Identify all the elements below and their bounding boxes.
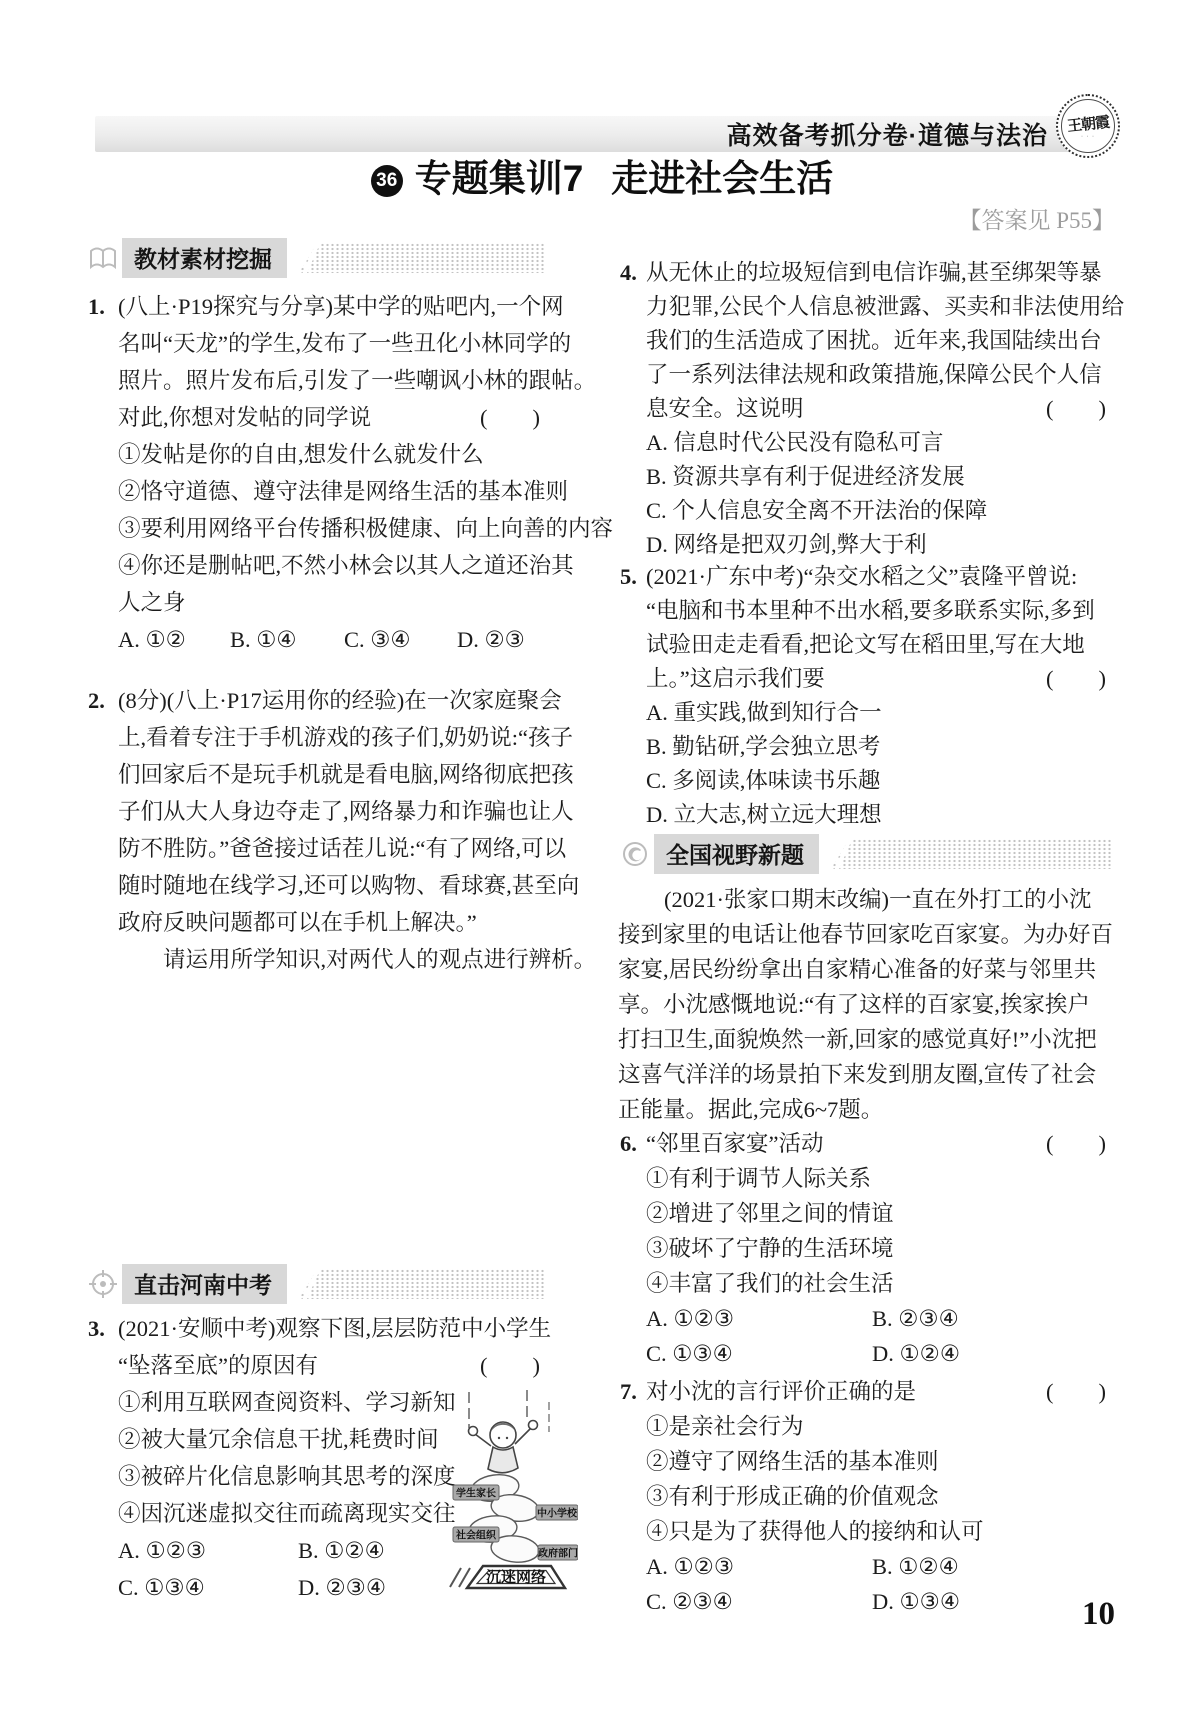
falling-student-cartoon: 学生家长 中小学校 社会组织 政府部门 沉迷网络 [403, 1388, 578, 1593]
text-line: 力犯罪,公民个人信息被泄露、买卖和非法使用给 [646, 290, 1112, 324]
section-header-textbook-material: 教材素材挖掘 [88, 240, 546, 276]
text-line: 试验田走走看看,把论文写在稻田里,写在大地 [646, 628, 1112, 662]
text-line: 照片。照片发布后,引发了一些嘲讽小林的跟帖。 [118, 362, 546, 399]
section-hatch-decoration [827, 839, 1112, 869]
tag-schools: 中小学校 [537, 1507, 578, 1520]
swirl-icon [620, 839, 650, 869]
question-number: 7. [620, 1374, 646, 1409]
question-text: (2021·安顺中考)观察下图,层层防范中小学生 [118, 1316, 551, 1341]
section-header-henan-exam: 直击河南中考 [88, 1266, 546, 1302]
answer-bracket: ( ) [1046, 1126, 1112, 1161]
answer-bracket: ( ) [1046, 1374, 1112, 1409]
scenario-paragraph: (2021·张家口期末改编)一直在外打工的小沈 接到家里的电话让他春节回家吃百家… [618, 882, 1112, 1127]
text-line: 享。小沈感慨地说:“有了这样的百家宴,挨家挨户 [618, 987, 1112, 1022]
choice-a: A. 重实践,做到知行合一 [646, 696, 1112, 730]
tag-parents: 学生家长 [456, 1487, 496, 1500]
question-1: 1.(八上·P19探究与分享)某中学的贴吧内,一个网 名叫“天龙”的学生,发布了… [88, 288, 546, 658]
option-statement-3: ③破坏了宁静的生活环境 [646, 1231, 1112, 1266]
question-6: 6.“邻里百家宴”活动( ) ①有利于调节人际关系 ②增进了邻里之间的情谊 ③破… [620, 1126, 1112, 1371]
text-line: 我们的生活造成了困扰。近年来,我国陆续出台 [646, 324, 1112, 358]
question-number: 5. [620, 560, 646, 594]
answer-bracket: ( ) [1046, 662, 1112, 696]
option-statement-4-cont: 人之身 [118, 584, 546, 621]
text-line: “电脑和书本里种不出水稻,要多联系实际,多到 [646, 594, 1112, 628]
platform-label: 沉迷网络 [486, 1568, 546, 1586]
option-statement-3: ③要利用网络平台传播积极健康、向上向善的内容 [118, 510, 546, 547]
choice-row: A. ①② B. ①④ C. ③④ D. ②③ [118, 621, 546, 658]
book-icon [88, 243, 118, 273]
text-line: 子们从大人身边夺走了,网络暴力和诈骗也让人 [118, 793, 546, 830]
option-statement-4: ④只是为了获得他人的接纳和认可 [646, 1514, 1112, 1549]
text-line: (2021·张家口期末改编)一直在外打工的小沈 [618, 882, 1112, 917]
text-line: 了一系列法律法规和政策措施,保障公民个人信 [646, 358, 1112, 392]
tag-government: 政府部门 [538, 1547, 578, 1560]
text-line: 政府反映问题都可以在手机上解决。” [118, 904, 546, 941]
choice-b: B. 勤钻研,学会独立思考 [646, 730, 1112, 764]
text-line: 1.(八上·P19探究与分享)某中学的贴吧内,一个网 [88, 288, 546, 325]
choice-row: C. ②③④ D. ①③④ [646, 1584, 1112, 1619]
question-text: 对此,你想对发帖的同学说 [118, 399, 371, 436]
text-line: 名叫“天龙”的学生,发布了一些丑化小林同学的 [118, 325, 546, 362]
falling-boy [469, 1421, 538, 1473]
question-number: 3. [88, 1310, 118, 1347]
option-statement-4: ④你还是删帖吧,不然小林会以其人之道还治其 [118, 547, 546, 584]
text-line: 4.从无休止的垃圾短信到电信诈骗,甚至绑架等暴 [620, 256, 1112, 290]
choice-b: B. ①②④ [872, 1549, 1112, 1584]
internet-addiction-platform: 沉迷网络 [450, 1566, 565, 1588]
question-text: (八上·P19探究与分享)某中学的贴吧内,一个网 [118, 294, 564, 319]
question-text: 从无休止的垃圾短信到电信诈骗,甚至绑架等暴 [646, 260, 1102, 285]
brand-logo-text: 王朝霞 [1066, 110, 1110, 135]
text-line: 对此,你想对发帖的同学说( ) [118, 399, 546, 436]
choice-c: C. 多阅读,体味读书乐趣 [646, 764, 1112, 798]
option-statement-1: ①发帖是你的自由,想发什么就发什么 [118, 436, 546, 473]
section-label: 教材素材挖掘 [122, 238, 287, 278]
choice-d: D. 立大志,树立远大理想 [646, 798, 1112, 832]
choice-a: A. 信息时代公民没有隐私可言 [646, 426, 1112, 460]
question-text: “坠落至底”的原因有 [118, 1347, 318, 1384]
answer-bracket: ( ) [480, 399, 546, 436]
choice-d: D. ①②④ [872, 1336, 1112, 1371]
question-number: 1. [88, 288, 118, 325]
question-5: 5.(2021·广东中考)“杂交水稻之父”袁隆平曾说: “电脑和书本里种不出水稻… [620, 560, 1112, 832]
text-line: “坠落至底”的原因有( ) [118, 1347, 546, 1384]
option-statement-1: ①是亲社会行为 [646, 1409, 1112, 1444]
answer-bracket: ( ) [1046, 392, 1112, 426]
header-band-title: 高效备考抓分卷·道德与法治 [727, 116, 1048, 152]
choice-row: A. ①②③ B. ②③④ [646, 1301, 1112, 1336]
question-text: (2021·广东中考)“杂交水稻之父”袁隆平曾说: [646, 564, 1077, 589]
choice-a: A. ①②③ [118, 1532, 298, 1569]
question-text: (8分)(八上·P17运用你的经验)在一次家庭聚会 [118, 688, 562, 713]
text-line: 正能量。据此,完成6~7题。 [618, 1092, 1112, 1127]
choice-row: A. ①②③ B. ①②④ [646, 1549, 1112, 1584]
option-statement-1: ①有利于调节人际关系 [646, 1161, 1112, 1196]
choice-c: C. ①③④ [646, 1336, 872, 1371]
choice-a: A. ①②③ [646, 1549, 872, 1584]
text-line: 2.(8分)(八上·P17运用你的经验)在一次家庭聚会 [88, 682, 546, 719]
section-hatch-decoration [295, 243, 546, 273]
section-label: 全国视野新题 [654, 834, 819, 874]
choice-d: D. 网络是把双刃剑,弊大于利 [646, 528, 1112, 562]
option-statement-3: ③有利于形成正确的价值观念 [646, 1479, 1112, 1514]
lesson-number-badge: 36 [371, 165, 403, 197]
option-statement-4: ④丰富了我们的社会生活 [646, 1266, 1112, 1301]
text-line: 接到家里的电话让他春节回家吃百家宴。为办好百 [618, 917, 1112, 952]
text-line: 上。”这启示我们要( ) [646, 662, 1112, 696]
text-line: 3.(2021·安顺中考)观察下图,层层防范中小学生 [88, 1310, 546, 1347]
page-number: 10 [1082, 1596, 1115, 1633]
question-number: 2. [88, 682, 118, 719]
choice-b: B. ①④ [230, 621, 344, 658]
text-line: 打扫卫生,面貌焕然一新,回家的感觉真好!”小沈把 [618, 1022, 1112, 1057]
text-line: 防不胜防。”爸爸接过话茬儿说:“有了网络,可以 [118, 830, 546, 867]
question-text: “邻里百家宴”活动 [646, 1126, 823, 1161]
question-number: 6. [620, 1126, 646, 1161]
text-line: 上,看着专注于手机游戏的孩子们,奶奶说:“孩子 [118, 719, 546, 756]
text-line: 这喜气洋洋的场景拍下来发到朋友圈,宣传了社会 [618, 1057, 1112, 1092]
text-line: 们回家后不是玩手机就是看电脑,网络彻底把孩 [118, 756, 546, 793]
page-title-part2: 走进社会生活 [611, 158, 833, 199]
choice-a: A. ①②③ [646, 1301, 872, 1336]
text-line: 息安全。这说明( ) [646, 392, 1112, 426]
option-statement-2: ②遵守了网络生活的基本准则 [646, 1444, 1112, 1479]
answer-reference-hint: 【答案见 P55】 [940, 202, 1115, 235]
text-line: 6.“邻里百家宴”活动( ) [620, 1126, 1112, 1161]
choice-a: A. ①② [118, 621, 230, 658]
header-band: 高效备考抓分卷·道德与法治 [95, 116, 1108, 152]
section-label: 直击河南中考 [122, 1264, 287, 1304]
question-number: 4. [620, 256, 646, 290]
text-line: 5.(2021·广东中考)“杂交水稻之父”袁隆平曾说: [620, 560, 1112, 594]
text-line: 随时随地在线学习,还可以购物、看球赛,甚至向 [118, 867, 546, 904]
page-title-part1: 专题集训7 [415, 158, 584, 199]
text-line: 7.对小沈的言行评价正确的是( ) [620, 1374, 1112, 1409]
target-icon [88, 1269, 118, 1299]
question-7: 7.对小沈的言行评价正确的是( ) ①是亲社会行为 ②遵守了网络生活的基本准则 … [620, 1374, 1112, 1619]
question-text: 息安全。这说明 [646, 392, 804, 426]
brand-logo-inner: 王朝霞 · · · [1061, 99, 1115, 153]
option-statement-2: ②恪守道德、遵守法律是网络生活的基本准则 [118, 473, 546, 510]
answer-bracket: ( ) [480, 1347, 546, 1384]
choice-c: C. 个人信息安全离不开法治的保障 [646, 494, 1112, 528]
text-line: 家宴,居民纷纷拿出自家精心准备的好菜与邻里共 [618, 952, 1112, 987]
option-statement-2: ②增进了邻里之间的情谊 [646, 1196, 1112, 1231]
choice-d: D. ②③ [457, 621, 546, 658]
section-header-national-view: 全国视野新题 [620, 836, 1112, 872]
tag-social-organizations: 社会组织 [455, 1529, 497, 1542]
choice-d: D. ①③④ [872, 1584, 1112, 1619]
choice-c: C. ②③④ [646, 1584, 872, 1619]
page-title: 36专题集训7走进社会生活 [0, 148, 1204, 202]
task-instruction: 请运用所学知识,对两代人的观点进行辨析。 [118, 941, 546, 978]
question-text: 对小沈的言行评价正确的是 [646, 1374, 916, 1409]
choice-row: C. ①③④ D. ①②④ [646, 1336, 1112, 1371]
choice-c: C. ①③④ [118, 1569, 298, 1606]
choice-b: B. 资源共享有利于促进经济发展 [646, 460, 1112, 494]
section-hatch-decoration [295, 1269, 546, 1299]
question-4: 4.从无休止的垃圾短信到电信诈骗,甚至绑架等暴 力犯罪,公民个人信息被泄露、买卖… [620, 256, 1112, 562]
question-2: 2.(8分)(八上·P17运用你的经验)在一次家庭聚会 上,看着专注于手机游戏的… [88, 682, 546, 978]
question-text: 上。”这启示我们要 [646, 662, 825, 696]
choice-b: B. ②③④ [872, 1301, 1112, 1336]
choice-c: C. ③④ [344, 621, 457, 658]
